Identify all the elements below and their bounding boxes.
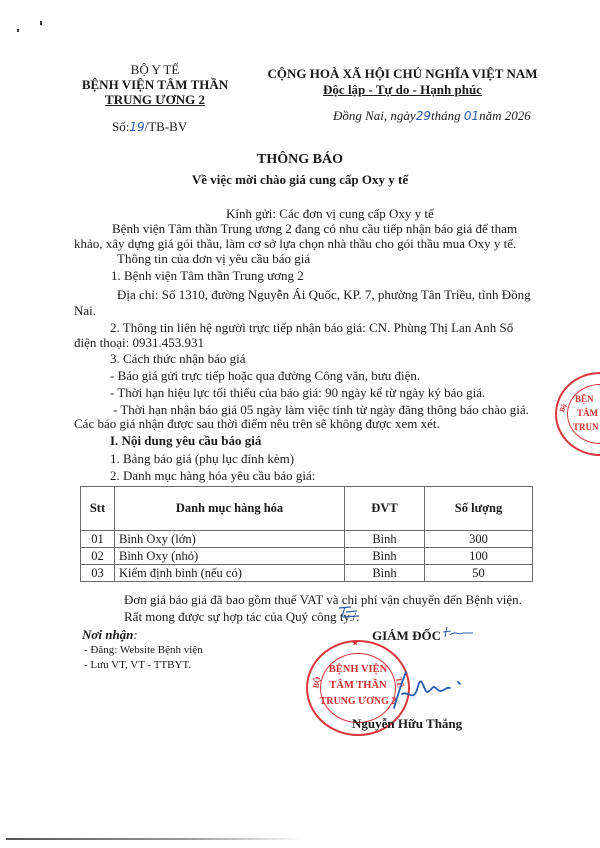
info-item-3: 3. Cách thức nhận báo giá bbox=[110, 351, 246, 366]
closing-line-2: Rất mong được sự hợp tác của Quý công ty… bbox=[124, 609, 359, 624]
address-line-1: Địa chỉ: Số 1310, đường Nguyễn Ái Quốc, … bbox=[117, 287, 531, 302]
header-stt: Stt bbox=[81, 487, 115, 531]
sub-item-2: 2. Danh mục hàng hóa yêu cầu báo giá: bbox=[110, 468, 315, 483]
table-header-row: Stt Danh mục hàng hóa ĐVT Số lượng bbox=[81, 487, 533, 531]
header-quantity: Số lượng bbox=[425, 487, 533, 531]
signatory-name: Nguyễn Hữu Thắng bbox=[352, 716, 462, 732]
section-I-heading: I. Nội dung yêu cầu báo giá bbox=[110, 433, 261, 448]
handwritten-number: 19 bbox=[129, 120, 144, 134]
document-title: THÔNG BÁO bbox=[0, 152, 600, 168]
nation-name: CỘNG HOÀ XÃ HỘI CHỦ NGHĨA VIỆT NAM bbox=[250, 66, 555, 82]
initials-mark-icon bbox=[337, 604, 361, 620]
table-row: 01 Bình Oxy (lớn) Bình 300 bbox=[81, 531, 533, 548]
scan-speck bbox=[40, 21, 42, 25]
cell-quantity: 100 bbox=[425, 548, 533, 565]
national-header: CỘNG HOÀ XÃ HỘI CHỦ NGHĨA VIỆT NAM Độc l… bbox=[250, 66, 555, 98]
document-subtitle: Về việc mời chào giá cung cấp Oxy y tế bbox=[0, 172, 600, 188]
cell-stt: 01 bbox=[81, 531, 115, 548]
signatory-title: GIÁM ĐỐC bbox=[372, 628, 441, 644]
hospital-name-line2: TRUNG ƯƠNG 2 bbox=[105, 92, 205, 107]
contact-line-1: 2. Thông tin liên hệ người trực tiếp nhậ… bbox=[110, 320, 513, 335]
handwritten-day: 29 bbox=[416, 109, 431, 123]
recipient-item: - Lưu VT, VT - TTBYT. bbox=[84, 659, 191, 671]
header-unit: ĐVT bbox=[345, 487, 425, 531]
recipient-item: - Đăng: Website Bệnh viện bbox=[84, 644, 203, 656]
intro-line-1: Bệnh viện Tâm thần Trung ương 2 đang có … bbox=[112, 221, 517, 236]
info-item-1: 1. Bệnh viện Tâm thần Trung ương 2 bbox=[111, 268, 304, 283]
hospital-name: BỆNH VIỆN TÂM THẦN bbox=[70, 77, 240, 92]
bullet-3-line-1: - Thời hạn nhận báo giá 05 ngày làm việc… bbox=[113, 402, 529, 417]
ministry-name: BỘ Y TẾ bbox=[70, 62, 240, 77]
sub-item-1: 1. Bảng báo giá (phụ lục đính kèm) bbox=[110, 451, 294, 466]
cell-unit: Bình bbox=[345, 548, 425, 565]
cell-quantity: 50 bbox=[425, 565, 533, 582]
cell-item-name: Kiểm định bình (nếu có) bbox=[115, 565, 345, 582]
info-heading: Thông tin của đơn vị yêu cầu báo giá bbox=[117, 251, 310, 266]
closing-line-1: Đơn giá báo giá đã bao gồm thuế VAT và c… bbox=[124, 592, 522, 607]
handwritten-month: 01 bbox=[464, 109, 479, 123]
scan-edge-line bbox=[6, 838, 306, 840]
header-item-name: Danh mục hàng hóa bbox=[115, 487, 345, 531]
goods-table: Stt Danh mục hàng hóa ĐVT Số lượng 01 Bì… bbox=[80, 486, 533, 582]
recipients-heading: Nơi nhận: bbox=[82, 627, 138, 643]
bullet-2: - Thời hạn hiệu lực tối thiểu của báo gi… bbox=[110, 385, 485, 400]
cell-item-name: Bình Oxy (nhỏ) bbox=[115, 548, 345, 565]
cell-item-name: Bình Oxy (lớn) bbox=[115, 531, 345, 548]
address-line-2: Nai. bbox=[74, 303, 96, 318]
issuing-organization: BỘ Y TẾ BỆNH VIỆN TÂM THẦN TRUNG ƯƠNG 2 bbox=[70, 62, 240, 107]
cell-quantity: 300 bbox=[425, 531, 533, 548]
cell-unit: Bình bbox=[345, 531, 425, 548]
table-row: 03 Kiểm định bình (nếu có) Bình 50 bbox=[81, 565, 533, 582]
side-stamp-partial: BỆN TÂM TRUN Bộ bbox=[555, 372, 600, 456]
contact-line-2: điện thoại: 0931.453.931 bbox=[74, 335, 204, 350]
table-row: 02 Bình Oxy (nhỏ) Bình 100 bbox=[81, 548, 533, 565]
initials-mark-icon bbox=[441, 624, 475, 640]
bullet-1: - Báo giá gửi trực tiếp hoặc qua đường C… bbox=[110, 368, 420, 383]
issue-date: Đồng Nai, ngày29tháng 01năm 2026 bbox=[333, 108, 531, 124]
salutation: Kính gửi: Các đơn vị cung cấp Oxy y tế bbox=[226, 206, 434, 221]
national-motto: Độc lập - Tự do - Hạnh phúc bbox=[323, 82, 482, 97]
scan-speck bbox=[17, 29, 19, 32]
bullet-3-line-2: Các báo giá nhận được sau thời điểm nêu … bbox=[74, 416, 440, 431]
cell-unit: Bình bbox=[345, 565, 425, 582]
cell-stt: 02 bbox=[81, 548, 115, 565]
cell-stt: 03 bbox=[81, 565, 115, 582]
document-number: Số:19/TB-BV bbox=[112, 119, 187, 135]
signature-scribble-icon bbox=[388, 664, 470, 714]
intro-line-2: khảo, xây dựng giá gói thầu, làm cơ sở l… bbox=[74, 236, 516, 251]
